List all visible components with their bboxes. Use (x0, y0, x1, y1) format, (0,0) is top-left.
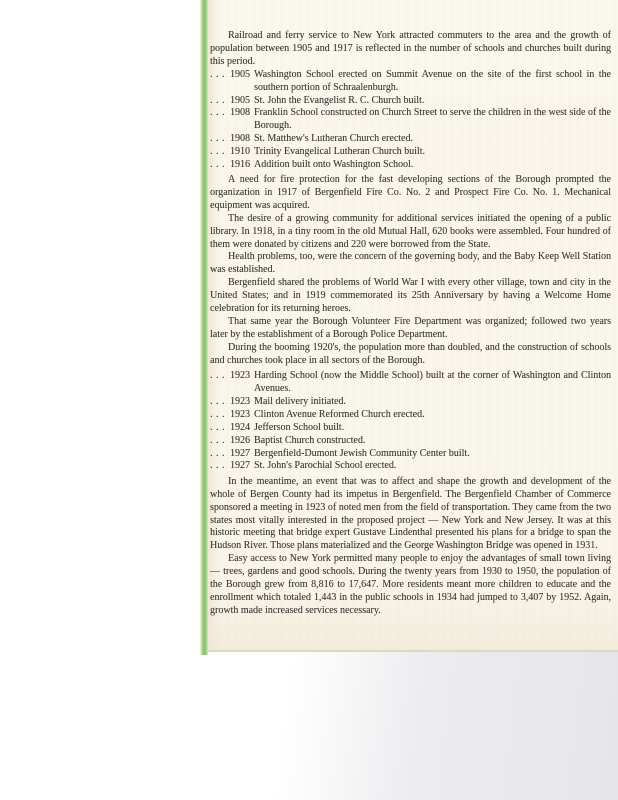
timeline-year: 1923 (230, 396, 250, 409)
timeline-text: Addition built onto Washington School. (254, 159, 611, 172)
timeline-text: Clinton Avenue Reformed Church erected. (254, 409, 611, 422)
timeline-dots: . . . (210, 146, 230, 159)
timeline-entry: . . . 1923 Clinton Avenue Reformed Churc… (210, 409, 611, 422)
timeline-text: Franklin School constructed on Church St… (254, 107, 611, 133)
timeline-year: 1910 (230, 146, 250, 159)
timeline-dots: . . . (210, 159, 230, 172)
timeline-1923-1927: . . . 1923 Harding School (now the Middl… (210, 370, 611, 473)
body-paragraph: That same year the Borough Volunteer Fir… (210, 316, 611, 342)
intro-paragraph: Railroad and ferry service to New York a… (210, 30, 611, 69)
timeline-dots: . . . (210, 422, 230, 435)
timeline-year: 1905 (230, 95, 250, 108)
body-paragraph: The desire of a growing community for ad… (210, 213, 611, 252)
timeline-dots: . . . (210, 133, 230, 146)
timeline-entry: . . . 1923 Harding School (now the Middl… (210, 370, 611, 396)
timeline-dots: . . . (210, 435, 230, 448)
timeline-1905-1916: . . . 1905 Washington School erected on … (210, 69, 611, 172)
timeline-entry: . . . 1927 Bergenfield-Dumont Jewish Com… (210, 448, 611, 461)
timeline-text: St. John the Evangelist R. C. Church bui… (254, 95, 611, 108)
timeline-year: 1924 (230, 422, 250, 435)
timeline-dots: . . . (210, 409, 230, 422)
timeline-dots: . . . (210, 107, 230, 133)
timeline-entry: . . . 1910 Trinity Evangelical Lutheran … (210, 146, 611, 159)
body-paragraph: Bergenfield shared the problems of World… (210, 277, 611, 316)
timeline-dots: . . . (210, 370, 230, 396)
timeline-text: Mail delivery initiated. (254, 396, 611, 409)
timeline-year: 1908 (230, 133, 250, 146)
timeline-text: Trinity Evangelical Lutheran Church buil… (254, 146, 611, 159)
timeline-year: 1923 (230, 370, 250, 396)
timeline-entry: . . . 1908 St. Matthew's Lutheran Church… (210, 133, 611, 146)
timeline-entry: . . . 1926 Baptist Church constructed. (210, 435, 611, 448)
timeline-year: 1927 (230, 448, 250, 461)
book-page-paper: Railroad and ferry service to New York a… (208, 0, 618, 652)
body-paragraph: A need for fire protection for the fast … (210, 174, 611, 213)
timeline-text: Baptist Church constructed. (254, 435, 611, 448)
timeline-dots: . . . (210, 69, 230, 95)
timeline-year: 1908 (230, 107, 250, 133)
timeline-text: Washington School erected on Summit Aven… (254, 69, 611, 95)
timeline-dots: . . . (210, 448, 230, 461)
timeline-entry: . . . 1927 St. John's Parochial School e… (210, 460, 611, 473)
body-paragraph: Easy access to New York permitted many p… (210, 553, 611, 618)
timeline-year: 1927 (230, 460, 250, 473)
timeline-entry: . . . 1924 Jefferson School built. (210, 422, 611, 435)
timeline-dots: . . . (210, 460, 230, 473)
timeline-text: Bergenfield-Dumont Jewish Community Cent… (254, 448, 611, 461)
timeline-text: St. Matthew's Lutheran Church erected. (254, 133, 611, 146)
timeline-text: Harding School (now the Middle School) b… (254, 370, 611, 396)
body-paragraph: In the meantime, an event that was to af… (210, 476, 611, 553)
body-paragraph: Health problems, too, were the concern o… (210, 251, 611, 277)
scanner-bed-shadow (0, 652, 618, 800)
timeline-entry: . . . 1905 St. John the Evangelist R. C.… (210, 95, 611, 108)
timeline-text: Jefferson School built. (254, 422, 611, 435)
timeline-text: St. John's Parochial School erected. (254, 460, 611, 473)
book-cover-edge (200, 0, 208, 655)
timeline-entry: . . . 1923 Mail delivery initiated. (210, 396, 611, 409)
timeline-entry: . . . 1908 Franklin School constructed o… (210, 107, 611, 133)
timeline-dots: . . . (210, 95, 230, 108)
timeline-dots: . . . (210, 396, 230, 409)
timeline-year: 1916 (230, 159, 250, 172)
body-paragraph: During the booming 1920's, the populatio… (210, 342, 611, 368)
timeline-entry: . . . 1905 Washington School erected on … (210, 69, 611, 95)
timeline-year: 1923 (230, 409, 250, 422)
page-text-column: Railroad and ferry service to New York a… (210, 30, 611, 618)
timeline-entry: . . . 1916 Addition built onto Washingto… (210, 159, 611, 172)
timeline-year: 1926 (230, 435, 250, 448)
timeline-year: 1905 (230, 69, 250, 95)
